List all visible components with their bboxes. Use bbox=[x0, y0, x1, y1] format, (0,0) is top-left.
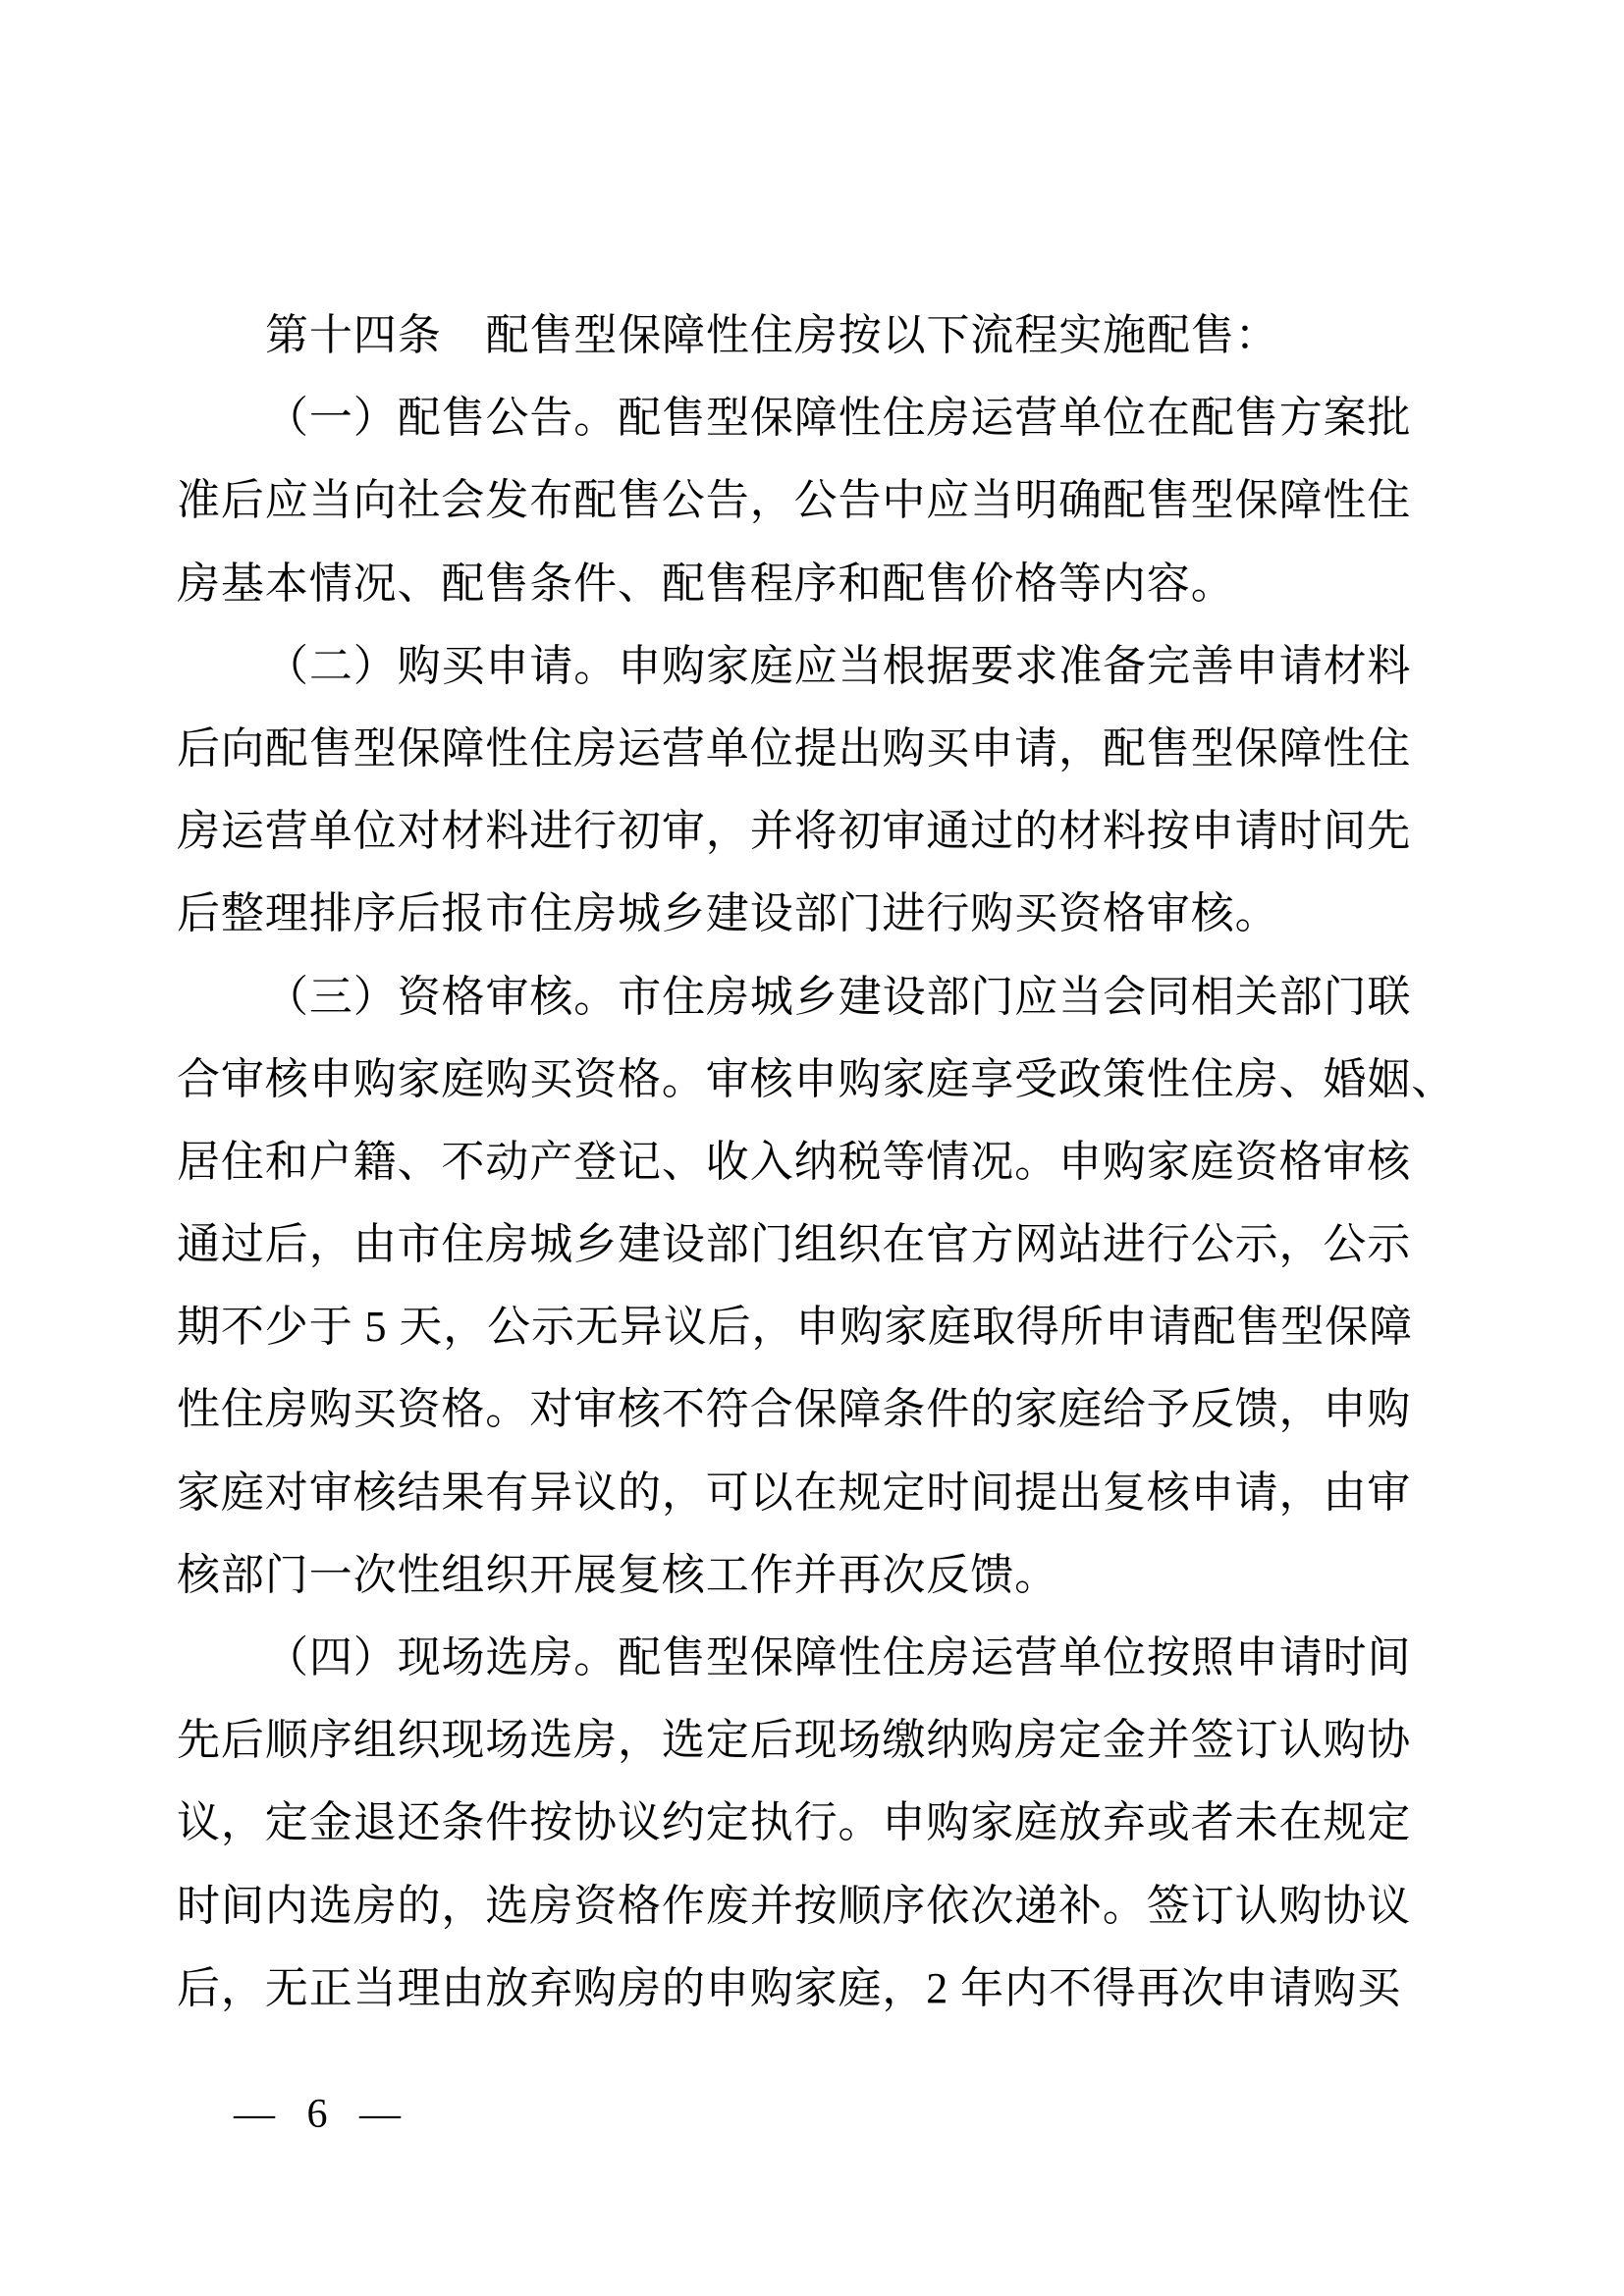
text-line: （二）购买申请。申购家庭应当根据要求准备完善申请材料 bbox=[177, 625, 1455, 708]
text-line: 议，定金退还条件按协议约定执行。申购家庭放弃或者未在规定 bbox=[177, 1782, 1455, 1864]
text-line: 后整理排序后报市住房城乡建设部门进行购买资格审核。 bbox=[177, 873, 1455, 955]
text-line: 后，无正当理由放弃购房的申购家庭，2 年内不得再次申请购买 bbox=[177, 1948, 1455, 2030]
text-line: 房运营单位对材料进行初审，并将初审通过的材料按申请时间先 bbox=[177, 790, 1455, 873]
text-line: 房基本情况、配售条件、配售程序和配售价格等内容。 bbox=[177, 543, 1455, 625]
text-line: 家庭对审核结果有异议的，可以在规定时间提出复核申请，由审 bbox=[177, 1452, 1455, 1534]
text-line: （三）资格审核。市住房城乡建设部门应当会同相关部门联 bbox=[177, 956, 1455, 1039]
text-line: 期不少于 5 天，公示无异议后，申购家庭取得所申请配售型保障 bbox=[177, 1286, 1455, 1368]
text-line: 核部门一次性组织开展复核工作并再次反馈。 bbox=[177, 1534, 1455, 1617]
text-line: （四）现场选房。配售型保障性住房运营单位按照申请时间 bbox=[177, 1617, 1455, 1699]
document-body: 第十四条 配售型保障性住房按以下流程实施配售： （一）配售公告。配售型保障性住房… bbox=[177, 294, 1455, 2030]
text-line: 通过后，由市住房城乡建设部门组织在官方网站进行公示，公示 bbox=[177, 1203, 1455, 1286]
document-page: 第十四条 配售型保障性住房按以下流程实施配售： （一）配售公告。配售型保障性住房… bbox=[0, 0, 1624, 2296]
text-line: 先后顺序组织现场选房，选定后现场缴纳购房定金并签订认购协 bbox=[177, 1699, 1455, 1782]
text-line: 合审核申购家庭购买资格。审核申购家庭享受政策性住房、婚姻、 bbox=[177, 1039, 1455, 1121]
text-line: （一）配售公告。配售型保障性住房运营单位在配售方案批 bbox=[177, 377, 1455, 459]
text-line: 时间内选房的，选房资格作废并按顺序依次递补。签订认购协议 bbox=[177, 1865, 1455, 1948]
page-number: — 6 — bbox=[234, 2085, 402, 2144]
text-line: 后向配售型保障性住房运营单位提出购买申请，配售型保障性住 bbox=[177, 708, 1455, 790]
text-line: 性住房购买资格。对审核不符合保障条件的家庭给予反馈，申购 bbox=[177, 1368, 1455, 1451]
text-line: 居住和户籍、不动产登记、收入纳税等情况。申购家庭资格审核 bbox=[177, 1121, 1455, 1203]
text-line: 准后应当向社会发布配售公告，公告中应当明确配售型保障性住 bbox=[177, 459, 1455, 542]
text-line: 第十四条 配售型保障性住房按以下流程实施配售： bbox=[177, 294, 1455, 377]
